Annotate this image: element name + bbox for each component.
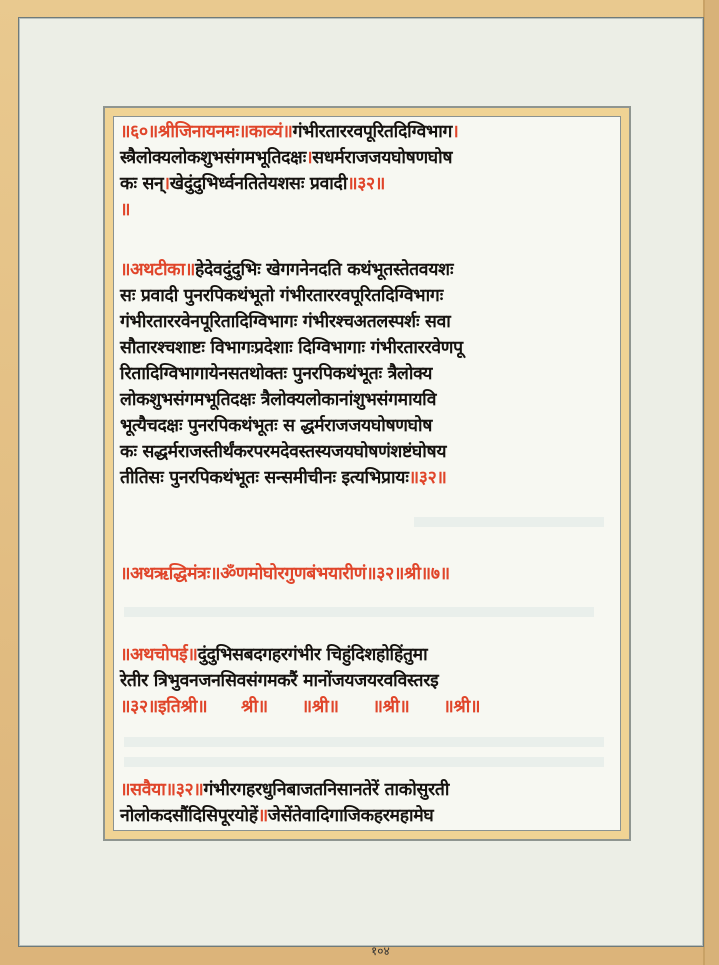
verse-line-2: स्त्रैलोक्यलोकशुभसंगमभूतिदक्षः।सधर्मराजज… [120,145,452,171]
commentary-line-7: भूत्यैचदक्षः पुनरपिकथंभूतः स द्धर्मराजजय… [120,413,432,439]
savaiya-line-1: ॥सवैया॥३२॥गंभीरगहरधुनिबाजतनिसानतेरें ताक… [120,777,449,803]
chaupai-heading: ॥अथचोपई॥ [120,645,198,665]
commentary-line-9: तीतिसः पुनरपिकथंभूतः सन्समीचीनः इत्यभिप्… [120,465,447,491]
text-panel: ॥६०॥श्रीजिनायनमः॥काव्यं॥गंभीरताररवपूरितद… [113,116,621,831]
commentary-heading: ॥अथटीका॥ [120,260,195,280]
commentary-line-8: कः सद्धर्मराजस्तीर्थंकरपरमदेवस्तस्यजयघोष… [120,439,446,465]
savaiya-heading: ॥सवैया॥३२॥ [120,780,204,800]
bleed-through [124,737,604,747]
page-number: १०४ [371,942,390,959]
bleed-through [124,607,594,617]
commentary-line-1: ॥अथटीका॥हेदेवदुंदुभिः खेगगनेनदति कथंभूतस… [120,257,453,283]
verse-line-1: ॥६०॥श्रीजिनायनमः॥काव्यं॥गंभीरताररवपूरितद… [120,119,458,145]
bleed-through [414,517,604,527]
folio-edge [703,0,719,965]
verse-number: ॥३२॥ [347,174,385,194]
invocation: ॥६०॥श्रीजिनायनमः॥काव्यं॥ [120,122,293,142]
bleed-through [124,757,604,767]
commentary-line-2: सः प्रवादी पुनरपिकथंभूतो गंभीरताररवपूरित… [120,283,443,309]
verse-line-3: कः सन्।खेदुंदुभिर्ध्वनतितेयशसः प्रवादी॥३… [120,171,385,197]
chaupai-line-2: रेतीर त्रिभुवनजनसिवसंगमकरैं मानोंजयजयरवव… [120,668,438,694]
commentary-line-6: लोकशुभसंगमभूतिदक्षः त्रैलोक्यलोकानांशुभस… [120,387,436,413]
savaiya-line-2: नोलोकदसौंदिसिपूरयोहें॥जेसेंतेवादिगाजिकहर… [120,803,433,829]
riddhi-mantra: ॥अथऋद्धिमंत्रः॥ॐणमोघोरगुणबंभयारीणं॥३२॥श्… [120,561,450,587]
commentary-line-5: रितादिग्विभागायेनसतथोक्तः पुनरपिकथंभूतः … [120,361,432,387]
verse-line-4: ॥ [120,197,130,223]
chaupai-line-3: ॥३२॥इतिश्री॥ श्री॥ ॥श्री॥ ॥श्री॥ ॥श्री॥ [120,694,480,720]
commentary-line-4: सौतारश्चशाष्टः विभागःप्रदेशाः दिग्विभागा… [120,335,463,361]
commentary-line-3: गंभीरताररवेनपूरितादिग्विभागः गंभीरश्चअतल… [120,309,451,335]
verse-number: ॥३२॥ [409,468,447,488]
chaupai-line-1: ॥अथचोपई॥दुंदुभिसबदगहरगंभीर चिहुंदिशहोहिं… [120,642,427,668]
